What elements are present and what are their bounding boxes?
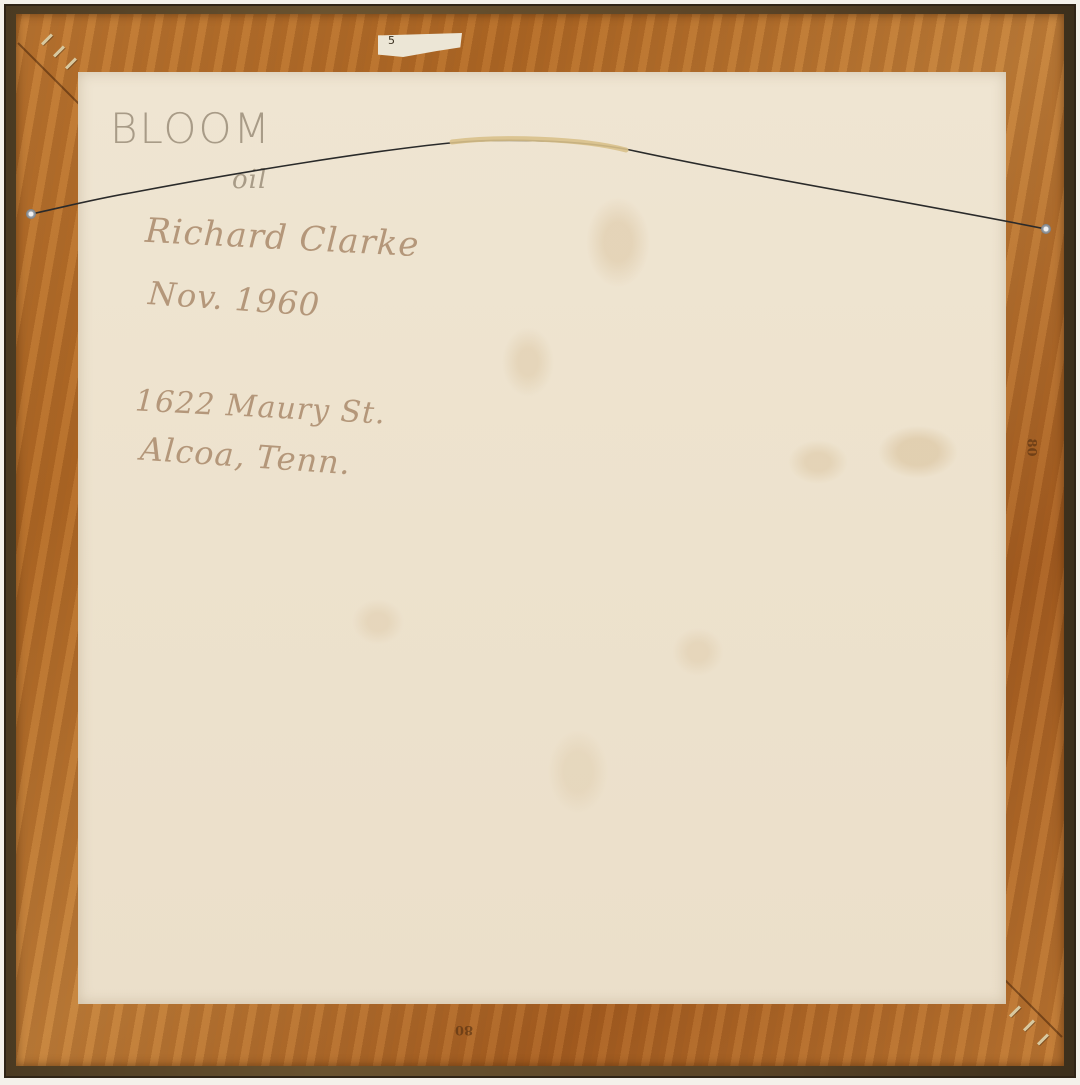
eye-hook-left bbox=[26, 209, 36, 219]
eye-hook-right bbox=[1041, 224, 1051, 234]
tape-strip bbox=[452, 139, 626, 150]
painting-back-photo: 5 BLOOM oil Richard Clarke Nov. 1960 162… bbox=[0, 0, 1080, 1085]
hanging-wire bbox=[0, 0, 1080, 1085]
